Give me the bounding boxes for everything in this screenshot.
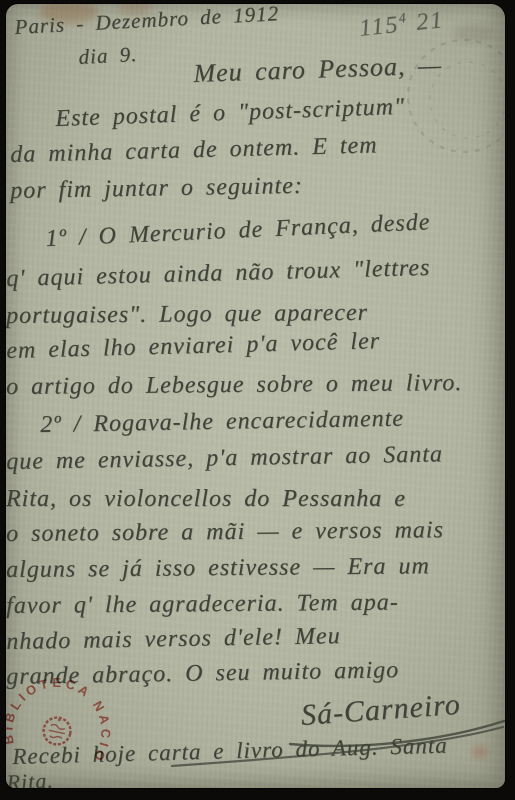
- manuscript-line: 2º / Rogava-lhe encarecidamente: [40, 407, 404, 437]
- manuscript-line: 1º / O Mercurio de França, desde: [45, 210, 431, 251]
- manuscript-line: Rita, os violoncellos do Pessanha e: [6, 487, 406, 511]
- manuscript-line: q' aqui estou ainda não troux "lettres: [6, 256, 431, 291]
- archive-number-main: 115: [358, 12, 401, 42]
- paper-stain: [472, 746, 488, 758]
- salutation-line: Meu caro Pessoa, —: [193, 52, 442, 87]
- manuscript-line: da minha carta de ontem. E tem: [10, 133, 378, 167]
- manuscript-line: o soneto sobre a mãi — e versos mais: [6, 518, 444, 546]
- manuscript-line: em elas lho enviarei p'a você ler: [6, 329, 380, 363]
- signature: Sá-Carneiro: [300, 690, 462, 731]
- manuscript-line: que me enviasse, p'a mostrar ao Santa: [6, 442, 443, 474]
- paper-stain: [454, 24, 494, 42]
- manuscript-line: Este postal é o "post-scriptum": [55, 95, 405, 131]
- manuscript-line: portugaises". Logo que aparecer: [6, 301, 368, 328]
- manuscript-line: favor q' lhe agradeceria. Tem apa-: [6, 591, 399, 618]
- archive-number: 1154 21: [358, 7, 446, 43]
- manuscript-line: alguns se já isso estivesse — Era um: [6, 554, 430, 582]
- manuscript-line: o artigo do Lebesgue sobre o meu livro.: [6, 371, 462, 399]
- manuscript-line: nhado mais versos d'ele! Meu: [6, 624, 341, 654]
- date-line: Paris - Dezembro de 1912: [14, 4, 280, 38]
- day-line: dia 9.: [78, 44, 138, 68]
- postcard: 1154 21 Paris - Dezembro de 1912 dia 9. …: [6, 4, 505, 788]
- stamp-emblem: [41, 715, 73, 747]
- manuscript-line: por fim juntar o seguinte:: [10, 174, 303, 203]
- archive-number-sup: 4: [398, 11, 409, 27]
- archive-number-rest: 21: [415, 7, 446, 36]
